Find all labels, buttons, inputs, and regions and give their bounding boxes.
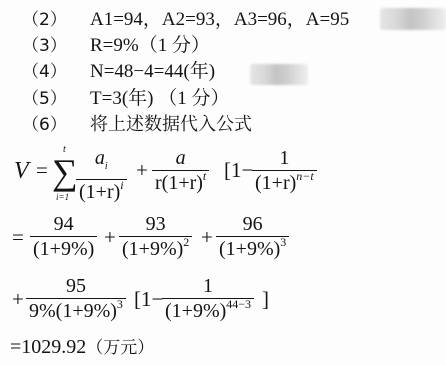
result-value: =1029.92: [10, 336, 86, 358]
plus-sign: +: [12, 287, 24, 312]
sum-lower-limit: i=1: [56, 192, 69, 202]
equals-sign: =: [12, 225, 24, 250]
exponent: 3: [280, 235, 286, 249]
plus-sign: +: [104, 225, 116, 250]
redaction-blur: [380, 8, 446, 30]
bracket-open: [1−: [224, 158, 253, 183]
exponent: 2: [183, 235, 189, 249]
redaction-blur: [250, 64, 308, 85]
denominator: 9%(1+9%): [29, 300, 117, 322]
denominator: r(1+r): [155, 172, 203, 194]
denominator: (1+9%): [122, 238, 183, 260]
numerator: 96: [240, 212, 266, 236]
fraction-term2: a r(1+r)t: [152, 146, 209, 195]
bracket-close: ]: [262, 287, 269, 312]
numerator: 93: [143, 212, 169, 236]
denominator: (1+9%): [33, 238, 94, 260]
step-label: （3）: [22, 35, 67, 57]
result-unit: （万元）: [86, 338, 154, 358]
step-text: A1=94，A2=93，A3=96，A=95: [90, 9, 349, 31]
step-label: （5）: [22, 88, 67, 110]
plus-sign: +: [201, 225, 213, 250]
plus-sign: +: [136, 158, 148, 183]
denominator: (1+r): [79, 181, 120, 203]
step-text: 将上述数据代入公式: [90, 114, 252, 136]
step-label: （2）: [22, 9, 67, 31]
denominator: (1+9%): [219, 238, 280, 260]
numerator: 95: [63, 274, 89, 298]
formula-equals: =: [36, 158, 48, 183]
exponent: 44−3: [226, 297, 251, 311]
exponent: n−t: [296, 169, 313, 183]
numerator: a: [95, 147, 105, 169]
exponent: i: [120, 178, 123, 192]
numerator: 1: [276, 146, 292, 170]
exponent: t: [203, 169, 206, 183]
fraction-year1: 94 (1+9%): [30, 212, 97, 261]
fraction-discount: 1 (1+9%)44−3: [162, 274, 254, 323]
denominator: (1+9%): [165, 300, 226, 322]
numerator: a: [173, 146, 189, 170]
numerator: 1: [200, 274, 216, 298]
denominator: (1+r): [255, 172, 296, 194]
subscript: i: [105, 161, 108, 172]
result-line: =1029.92（万元）: [10, 336, 154, 359]
fraction-term3: 1 (1+r)n−t: [252, 146, 317, 195]
fraction-perpetuity: 95 9%(1+9%)3: [26, 274, 126, 323]
sum-icon: ∑: [52, 154, 78, 190]
step-text: T=3(年) （1 分）: [90, 88, 229, 110]
step-label: （4）: [22, 61, 67, 83]
exponent: 3: [117, 297, 123, 311]
fraction-term1: ai (1+r)i: [76, 146, 127, 204]
fraction-year2: 93 (1+9%)2: [119, 212, 192, 261]
fraction-year3: 96 (1+9%)3: [216, 212, 289, 261]
formula-lhs: V: [14, 158, 29, 185]
step-label: （6）: [22, 114, 67, 136]
step-text: R=9%（1 分）: [90, 35, 210, 57]
step-text: N=48−4=44(年): [90, 61, 215, 83]
bracket-open: [1−: [134, 287, 163, 312]
numerator: 94: [51, 212, 77, 236]
